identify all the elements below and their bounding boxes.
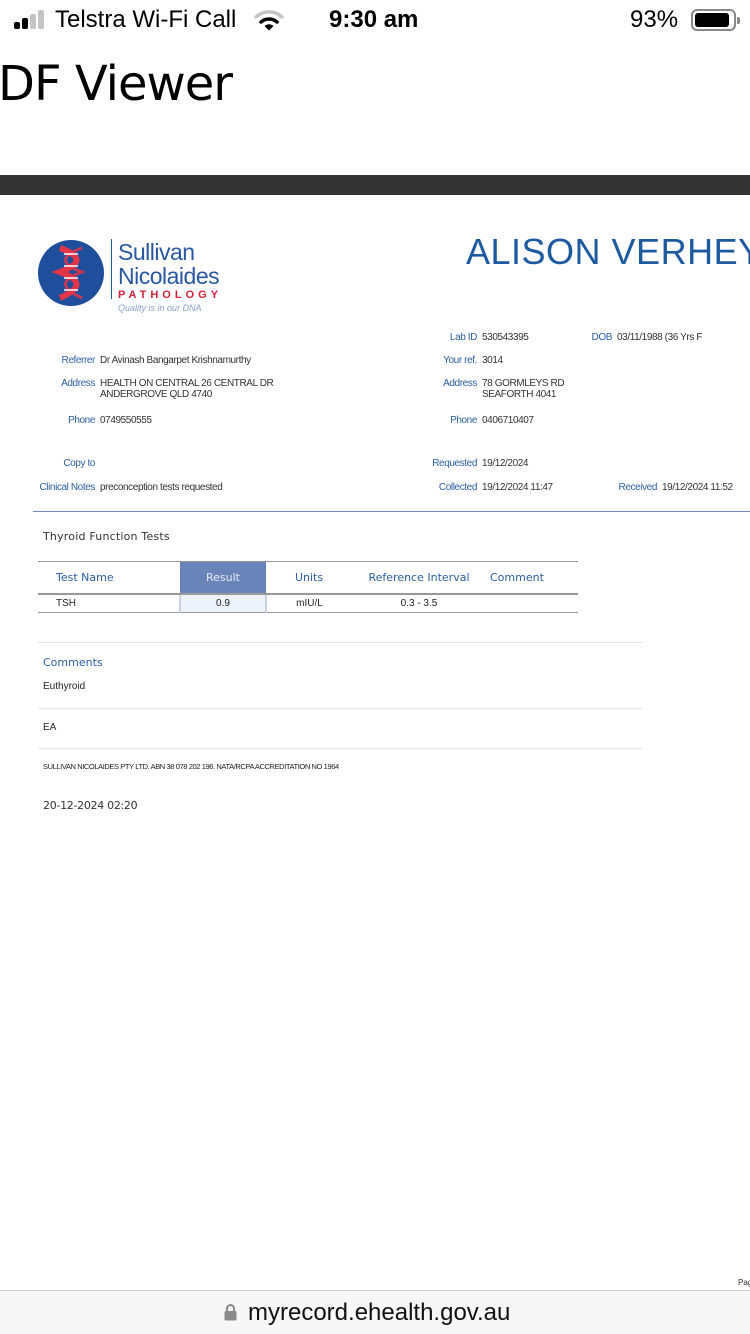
dob-label: DOB [580,332,612,343]
cell-units: mIU/L [266,594,352,613]
referrer-phone-label: Phone [0,415,95,426]
lock-icon [224,1303,237,1321]
cell-reference-interval: 0.3 - 3.5 [352,594,486,613]
referrer-address-field: Address HEALTH ON CENTRAL 26 CENTRAL DR … [0,378,273,400]
patient-address-line-1: 78 GORMLEYS RD [482,378,564,389]
patient-address-label: Address [400,378,477,400]
referrer-field: Referrer Dr Avinash Bangarpet Krishnamur… [0,355,251,366]
page-number-label: Pag [738,1278,750,1287]
lab-id-field: Lab ID 530543395 [400,332,528,343]
referrer-address-line-1: HEALTH ON CENTRAL 26 CENTRAL DR [100,378,273,389]
your-ref-label: Your ref. [400,355,477,366]
divider [38,642,643,643]
referrer-value: Dr Avinash Bangarpet Krishnamurthy [100,355,251,366]
section-title: Thyroid Function Tests [43,530,170,543]
patient-name: ALISON VERHEY [466,231,750,273]
referrer-address-label: Address [0,378,95,400]
lab-id-value: 530543395 [482,332,528,343]
dna-logo-icon [36,238,106,308]
received-label: Received [580,482,657,493]
header-units: Units [266,562,352,594]
logo-line-1: Sullivan [118,240,222,264]
pdf-page[interactable]: Sullivan Nicolaides PATHOLOGY Quality is… [0,195,750,1290]
header-test-name: Test Name [38,562,180,594]
initials: EA [43,722,56,733]
lab-id-label: Lab ID [400,332,477,343]
logo-tagline: Quality is in our DNA [118,303,222,313]
referrer-address-line-2: ANDERGROVE QLD 4740 [100,389,273,400]
clinical-notes-value: preconception tests requested [100,482,222,493]
requested-value: 19/12/2024 [482,458,528,469]
patient-phone-label: Phone [400,415,477,426]
collected-field: Collected 19/12/2024 11:47 [400,482,553,493]
cell-result: 0.9 [180,594,266,613]
logo-line-2: Nicolaides [118,264,222,288]
dob-field: DOB 03/11/1988 (36 Yrs F [580,332,702,343]
clinical-notes-label: Clinical Notes [0,482,95,493]
printed-date: 20-12-2024 02:20 [43,799,137,812]
battery-icon [691,9,736,31]
patient-phone-field: Phone 0406710407 [400,415,534,426]
your-ref-field: Your ref. 3014 [400,355,503,366]
accreditation-note: SULLIVAN NICOLAIDES PTY LTD. ABN 38 078 … [43,762,339,771]
referrer-phone-value: 0749550555 [100,415,152,426]
comment-text: Euthyroid [43,681,85,692]
referrer-phone-field: Phone 0749550555 [0,415,152,426]
cell-comment [486,594,578,613]
copy-to-label: Copy to [0,458,95,469]
header-divider [33,511,750,512]
viewer-toolbar [0,175,750,195]
wifi-icon [254,8,284,32]
patient-address-line-2: SEAFORTH 4041 [482,389,564,400]
divider [38,748,643,749]
url-bar[interactable]: myrecord.ehealth.gov.au [0,1290,750,1334]
requested-label: Requested [400,458,477,469]
logo-line-3: PATHOLOGY [118,289,222,301]
comments-title: Comments [43,656,103,669]
cellular-signal-icon [14,11,46,29]
header-reference-interval: Reference Interval [352,562,486,594]
patient-phone-value: 0406710407 [482,415,534,426]
header-result: Result [180,562,266,594]
results-table: Test Name Result Units Reference Interva… [38,561,578,613]
clock: 9:30 am [329,6,418,34]
divider [38,708,643,709]
received-field: Received 19/12/2024 11:52 [580,482,733,493]
your-ref-value: 3014 [482,355,503,366]
status-bar: Telstra Wi-Fi Call 9:30 am 93% [0,0,750,40]
carrier-name: Telstra Wi-Fi Call [55,6,236,34]
logo-divider [111,239,112,299]
cell-test-name: TSH [38,594,180,613]
lab-logo: Sullivan Nicolaides PATHOLOGY Quality is… [118,240,222,313]
received-value: 19/12/2024 11:52 [662,482,733,493]
collected-label: Collected [400,482,477,493]
battery-percentage: 93% [630,6,678,34]
dob-value: 03/11/1988 (36 Yrs F [617,332,702,343]
copy-to-field: Copy to [0,458,100,469]
header-comment: Comment [486,562,578,594]
patient-address-field: Address 78 GORMLEYS RD SEAFORTH 4041 [400,378,564,400]
referrer-label: Referrer [0,355,95,366]
app-title: DF Viewer [0,56,232,112]
table-row: TSH 0.9 mIU/L 0.3 - 3.5 [38,594,578,613]
collected-value: 19/12/2024 11:47 [482,482,553,493]
requested-field: Requested 19/12/2024 [400,458,528,469]
url-text[interactable]: myrecord.ehealth.gov.au [248,1299,510,1327]
clinical-notes-field: Clinical Notes preconception tests reque… [0,482,222,493]
